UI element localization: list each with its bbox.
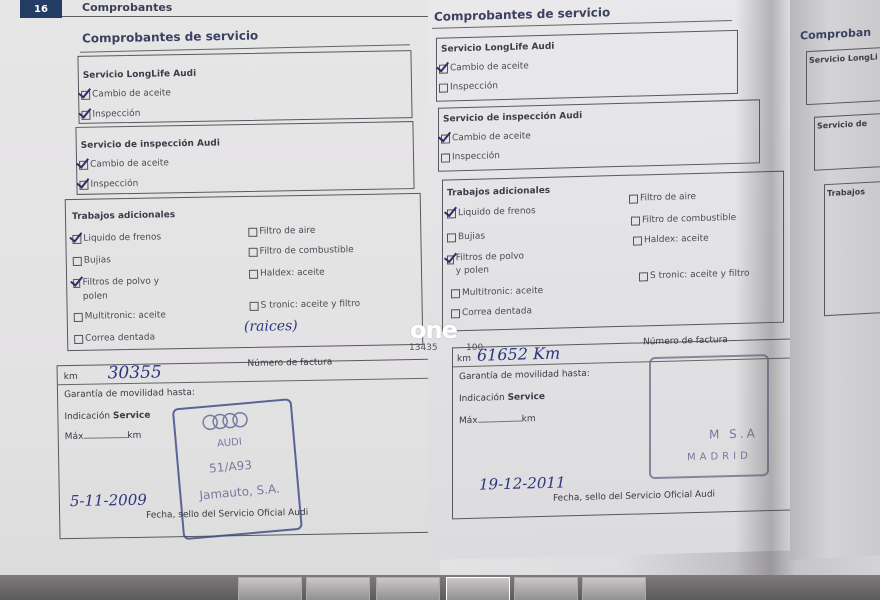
audi-rings-icon <box>200 410 249 432</box>
page-fold-shadow <box>735 0 795 600</box>
option-brake-fluid: Liquido de frenos <box>447 206 536 218</box>
checkbox-icon <box>249 247 258 256</box>
checkbox-icon <box>249 269 258 278</box>
checkbox-icon <box>631 216 640 225</box>
option-inspection: Inspección <box>441 151 500 163</box>
longlife-title: Servicio LongLife Audi <box>83 69 197 81</box>
thumbnail-strip <box>0 575 880 600</box>
additional-work-box: Trabajos <box>824 179 880 316</box>
option-dust-pollen-filter: Filtros de polvo y polen <box>447 250 527 278</box>
additional-work-box: Trabajos adicionales Liquido de frenos B… <box>442 171 784 332</box>
checkbox-icon <box>441 153 450 162</box>
warranty-label: Garantía de movilidad hasta: <box>64 388 195 400</box>
checkbox-icon <box>633 236 642 245</box>
option-spark-plugs: Bujias <box>447 232 485 243</box>
thumbnail[interactable] <box>238 577 302 600</box>
option-fuel-filter: Filtro de combustible <box>631 213 736 226</box>
checkbox-checked-icon <box>439 64 448 73</box>
checkbox-icon <box>451 289 460 298</box>
option-dust-pollen-filter: Filtros de polvo y polen <box>73 274 163 304</box>
option-multitronic-oil: Multitronic: aceite <box>451 286 543 298</box>
handwritten-note: (raices) <box>244 318 298 335</box>
service-indicator-label: Indicación Service <box>64 411 150 422</box>
section-title: Comprobantes de servicio <box>82 28 258 45</box>
additional-work-box: Trabajos adicionales Liquido de frenos B… <box>65 193 424 351</box>
divider <box>62 16 442 17</box>
service-date: 5-11-2009 <box>70 491 147 510</box>
photo-viewer: 16 Comprobantes Comprobantes de servicio… <box>0 0 880 600</box>
option-timing-belt: Correa dentada <box>74 333 155 344</box>
invoice-number-label: Número de factura <box>247 357 332 368</box>
option-air-filter: Filtro de aire <box>629 192 696 204</box>
service-record-box: km 30355 Número de factura Garantía de m… <box>57 359 434 540</box>
watermark-id: 13435 <box>409 343 438 353</box>
thumbnail[interactable] <box>582 577 646 600</box>
option-fuel-filter: Filtro de combustible <box>249 245 354 257</box>
section-title: Comprobantes de servicio <box>434 5 610 24</box>
checkbox-icon <box>629 194 638 203</box>
inspection-box: Servicio de inspección Audi Cambio de ac… <box>75 121 414 195</box>
inspection-box: Servicio de <box>814 112 880 171</box>
checkbox-checked-icon <box>72 234 81 243</box>
watermark-suffix: 100 <box>466 343 483 353</box>
invoice-number-label: Número de factura <box>643 335 728 347</box>
km-value: 61652 Km <box>477 344 560 365</box>
option-oil-change: Cambio de aceite <box>81 88 171 100</box>
checkbox-icon <box>74 312 83 321</box>
checkbox-icon <box>250 301 259 310</box>
option-inspection: Inspección <box>439 81 498 93</box>
checkbox-checked-icon <box>447 209 456 218</box>
checkbox-icon <box>439 83 448 92</box>
checkbox-icon <box>73 256 82 265</box>
checkbox-icon <box>639 272 648 281</box>
checkbox-checked-icon <box>81 90 90 99</box>
booklet-page-left: 16 Comprobantes Comprobantes de servicio… <box>0 0 440 575</box>
option-stronic-oil-filter: S tronic: aceite y filtro <box>250 299 361 311</box>
option-oil-change: Cambio de aceite <box>439 61 529 73</box>
thumbnail-selected[interactable] <box>446 577 510 600</box>
option-inspection: Inspección <box>81 109 140 120</box>
option-oil-change: Cambio de aceite <box>441 131 531 143</box>
running-head: Comprobantes <box>82 1 172 14</box>
checkbox-icon <box>74 334 83 343</box>
longlife-box: Servicio LongLife Audi Cambio de aceite … <box>77 50 412 124</box>
watermark-logo: one <box>410 316 457 344</box>
km-label: km <box>457 354 471 364</box>
inspection-title: Servicio de inspección Audi <box>81 138 220 150</box>
thumbnail[interactable] <box>306 577 370 600</box>
additional-work-title: Trabajos adicionales <box>72 210 175 222</box>
inspection-box: Servicio de inspección Audi Cambio de ac… <box>438 99 760 171</box>
checkbox-checked-icon <box>447 255 454 264</box>
checkbox-icon <box>248 227 257 236</box>
option-haldex-oil: Haldex: aceite <box>249 268 325 279</box>
option-air-filter: Filtro de aire <box>248 226 315 237</box>
thumbnail[interactable] <box>376 577 440 600</box>
option-spark-plugs: Bujias <box>73 255 111 266</box>
longlife-box: Servicio LongLife Audi Cambio de aceite … <box>436 30 738 102</box>
option-inspection: Inspección <box>79 179 138 190</box>
checkbox-checked-icon <box>441 134 450 143</box>
service-date: 19-12-2011 <box>479 473 565 493</box>
option-timing-belt: Correa dentada <box>451 306 532 318</box>
checkbox-checked-icon <box>81 110 90 119</box>
stamp-footer-label: Fecha, sello del Servicio Oficial Audi <box>553 489 715 503</box>
longlife-box: Servicio LongLi <box>806 46 880 105</box>
checkbox-icon <box>447 233 456 242</box>
max-km-label: Máxkm <box>65 431 142 442</box>
option-brake-fluid: Liquido de frenos <box>72 232 161 244</box>
km-label: km <box>64 372 78 382</box>
page-number-badge: 16 <box>20 0 62 18</box>
option-oil-change: Cambio de aceite <box>79 158 169 170</box>
warranty-label: Garantía de movilidad hasta: <box>459 369 590 382</box>
checkbox-checked-icon <box>73 279 81 288</box>
option-stronic-oil-filter: S tronic: aceite y filtro <box>639 269 749 282</box>
option-multitronic-oil: Multitronic: aceite <box>74 310 166 322</box>
service-indicator-label: Indicación Service <box>459 392 545 404</box>
checkbox-checked-icon <box>79 180 88 189</box>
option-haldex-oil: Haldex: aceite <box>633 234 709 246</box>
checkbox-checked-icon <box>79 160 88 169</box>
km-value: 30355 <box>107 362 161 383</box>
max-km-label: Máxkm <box>459 414 536 426</box>
booklet-page-right: Comproban Servicio LongLi Servicio de Tr… <box>790 0 880 560</box>
thumbnail[interactable] <box>514 577 578 600</box>
